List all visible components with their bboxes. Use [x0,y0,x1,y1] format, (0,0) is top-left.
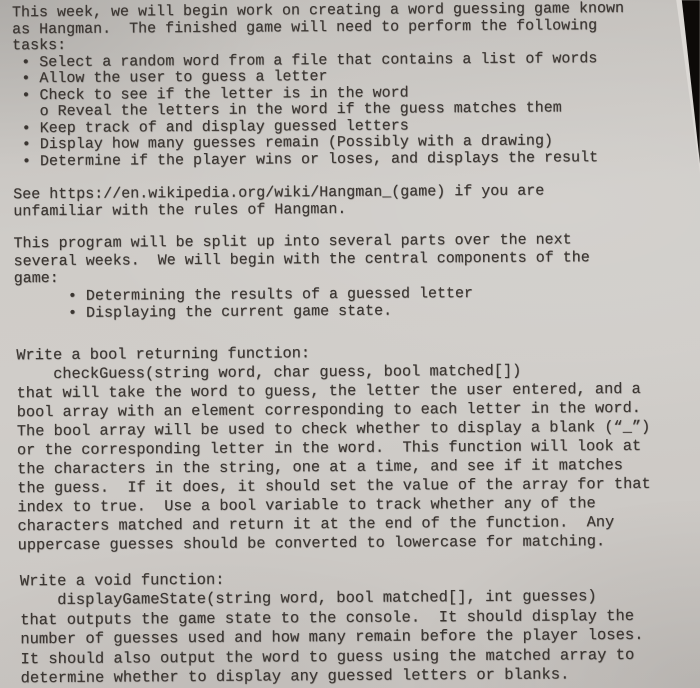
document-section-intro-tasks: This week, we will begin work on creatin… [12,0,699,170]
text-line: unfamiliar with the rules of Hangman. [13,198,699,220]
document-section-display-game-state-spec: Write a void function: displayGameState(… [16,567,700,688]
text-line: • Determine if the player wins or loses,… [13,149,699,170]
document-section-wiki-reference: See https://en.wikipedia.org/wiki/Hangma… [13,181,699,220]
document-section-program-plan: This program will be split up into sever… [13,230,700,322]
assignment-photo: This week, we will begin work on creatin… [0,0,700,688]
text-line: determine whether to display any guessed… [21,664,700,688]
text-line: uppercase guesses should be converted to… [18,531,700,555]
document-text: This week, we will begin work on creatin… [0,0,700,688]
document-section-check-guess-spec: Write a bool returning function: checkGu… [14,341,700,555]
text-line: • Displaying the current game state. [14,300,700,322]
